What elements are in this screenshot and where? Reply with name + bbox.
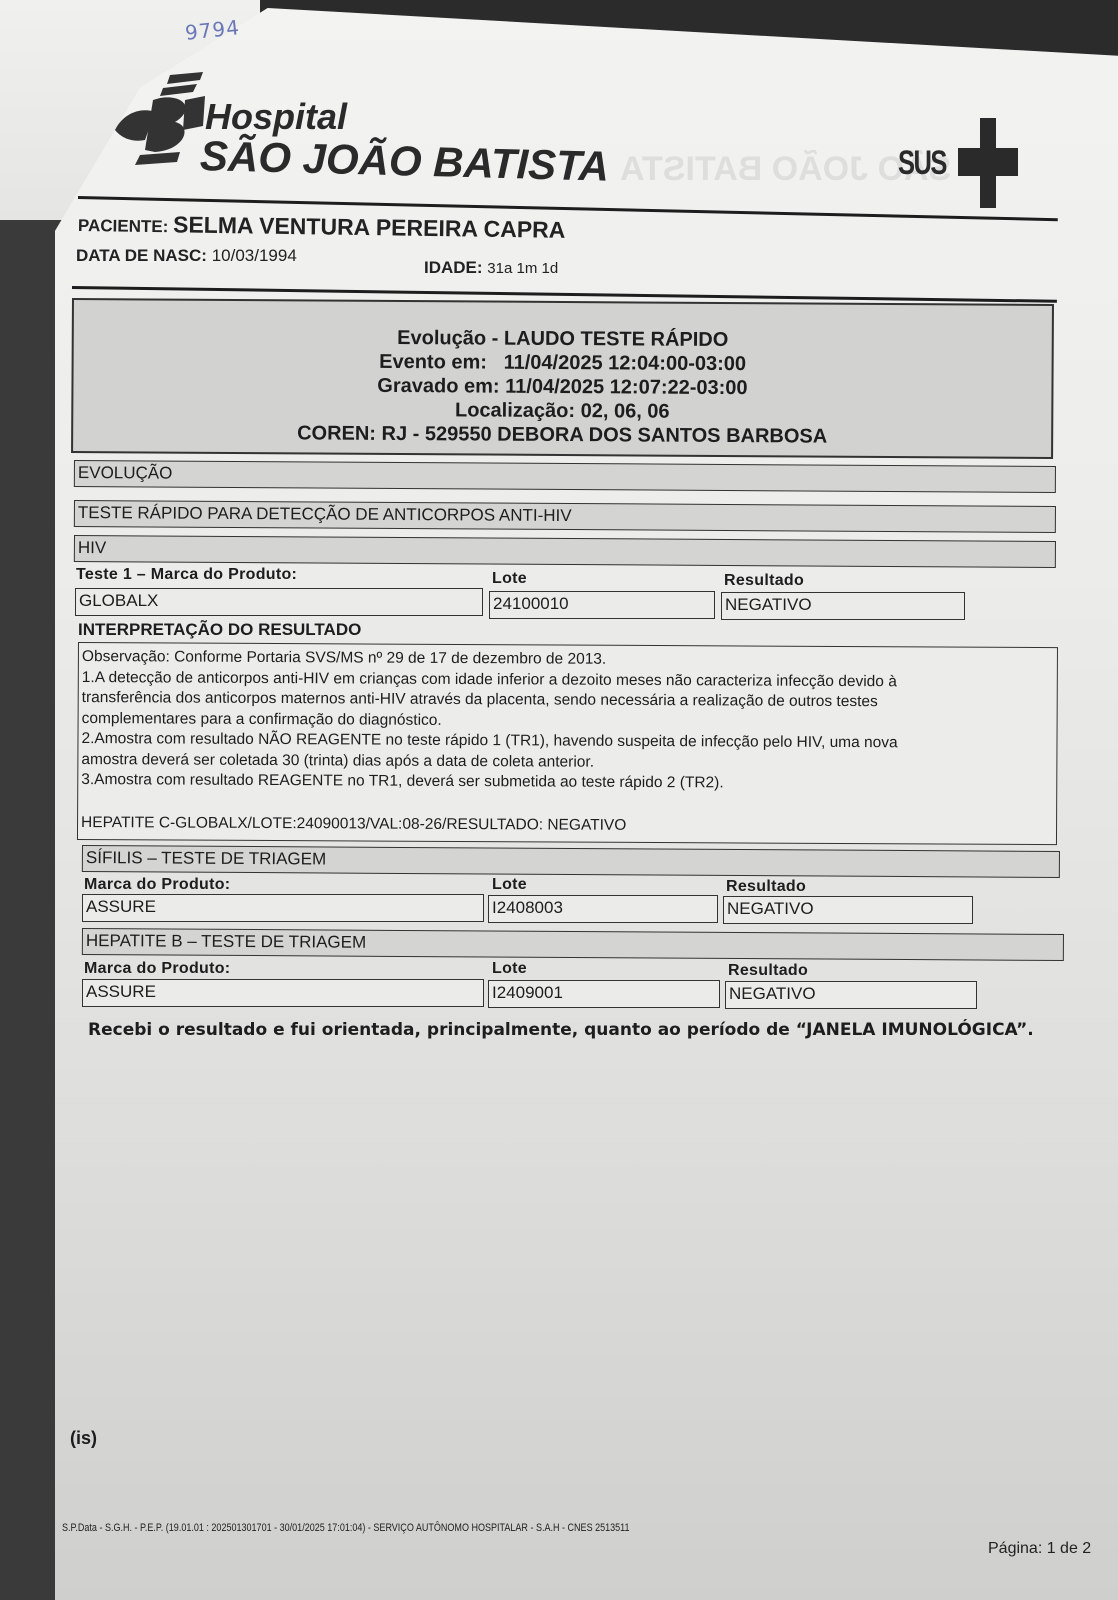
hospital-logo-icon [115,70,205,170]
patient-name-label: PACIENTE: [78,216,169,236]
syphilis-lot-field: I2408003 [488,895,718,923]
hepb-lot-label: Lote [492,960,527,978]
hiv-lot-label: Lote [492,570,527,588]
coren-nurse: COREN: RJ - 529550 DEBORA DOS SANTOS BAR… [73,420,1051,450]
report-header: Evolução - LAUDO TESTE RÁPIDO Evento em:… [71,298,1054,459]
hepatitis-c-result: HEPATITE C-GLOBALX/LOTE:24090013/VAL:08-… [81,813,1053,839]
hepb-brand-field: ASSURE [82,979,484,1007]
sus-cross-icon [958,118,1018,208]
syphilis-result-field: NEGATIVO [723,896,973,924]
syphilis-lot-label: Lote [492,876,527,894]
hiv-result-field: NEGATIVO [721,592,965,620]
dob-label: DATA DE NASC: [76,246,207,265]
patient-dob-row: DATA DE NASC: 10/03/1994 [76,246,297,266]
hiv-lot-field: 24100010 [489,591,715,619]
age-label: IDADE: [424,258,483,277]
hepb-result-label: Resultado [728,962,808,980]
syphilis-result-label: Resultado [726,878,806,896]
patient-age-row: IDADE: 31a 1m 1d [424,258,558,278]
hiv-brand-field: GLOBALX [75,588,483,616]
sus-logo: SUS [898,118,1018,208]
hiv-result-label: Resultado [724,572,804,590]
hepb-lot-field: I2409001 [488,980,720,1008]
author-initials: (is) [70,1428,97,1449]
syphilis-brand-label: Marca do Produto: [84,876,230,894]
hepb-brand-label: Marca do Produto: [84,960,230,978]
interpretation-title: INTERPRETAÇÃO DO RESULTADO [78,620,361,640]
age-value: 31a 1m 1d [487,260,558,277]
hepb-result-field: NEGATIVO [725,981,977,1009]
page-number: Página: 1 de 2 [988,1540,1091,1558]
dob-value: 10/03/1994 [212,246,297,265]
patient-name: SELMA VENTURA PEREIRA CAPRA [173,211,566,242]
receipt-statement: Recebi o resultado e fui orientada, prin… [88,1020,1034,1040]
interpretation-box: Observação: Conforme Portaria SVS/MS nº … [77,642,1058,845]
syphilis-brand-field: ASSURE [82,894,484,922]
footer-system-line: S.P.Data - S.G.H. - P.E.P. (19.01.01 : 2… [62,1522,630,1534]
sus-logo-text: SUS [898,144,946,183]
hiv-brand-label: Teste 1 – Marca do Produto: [76,566,297,584]
